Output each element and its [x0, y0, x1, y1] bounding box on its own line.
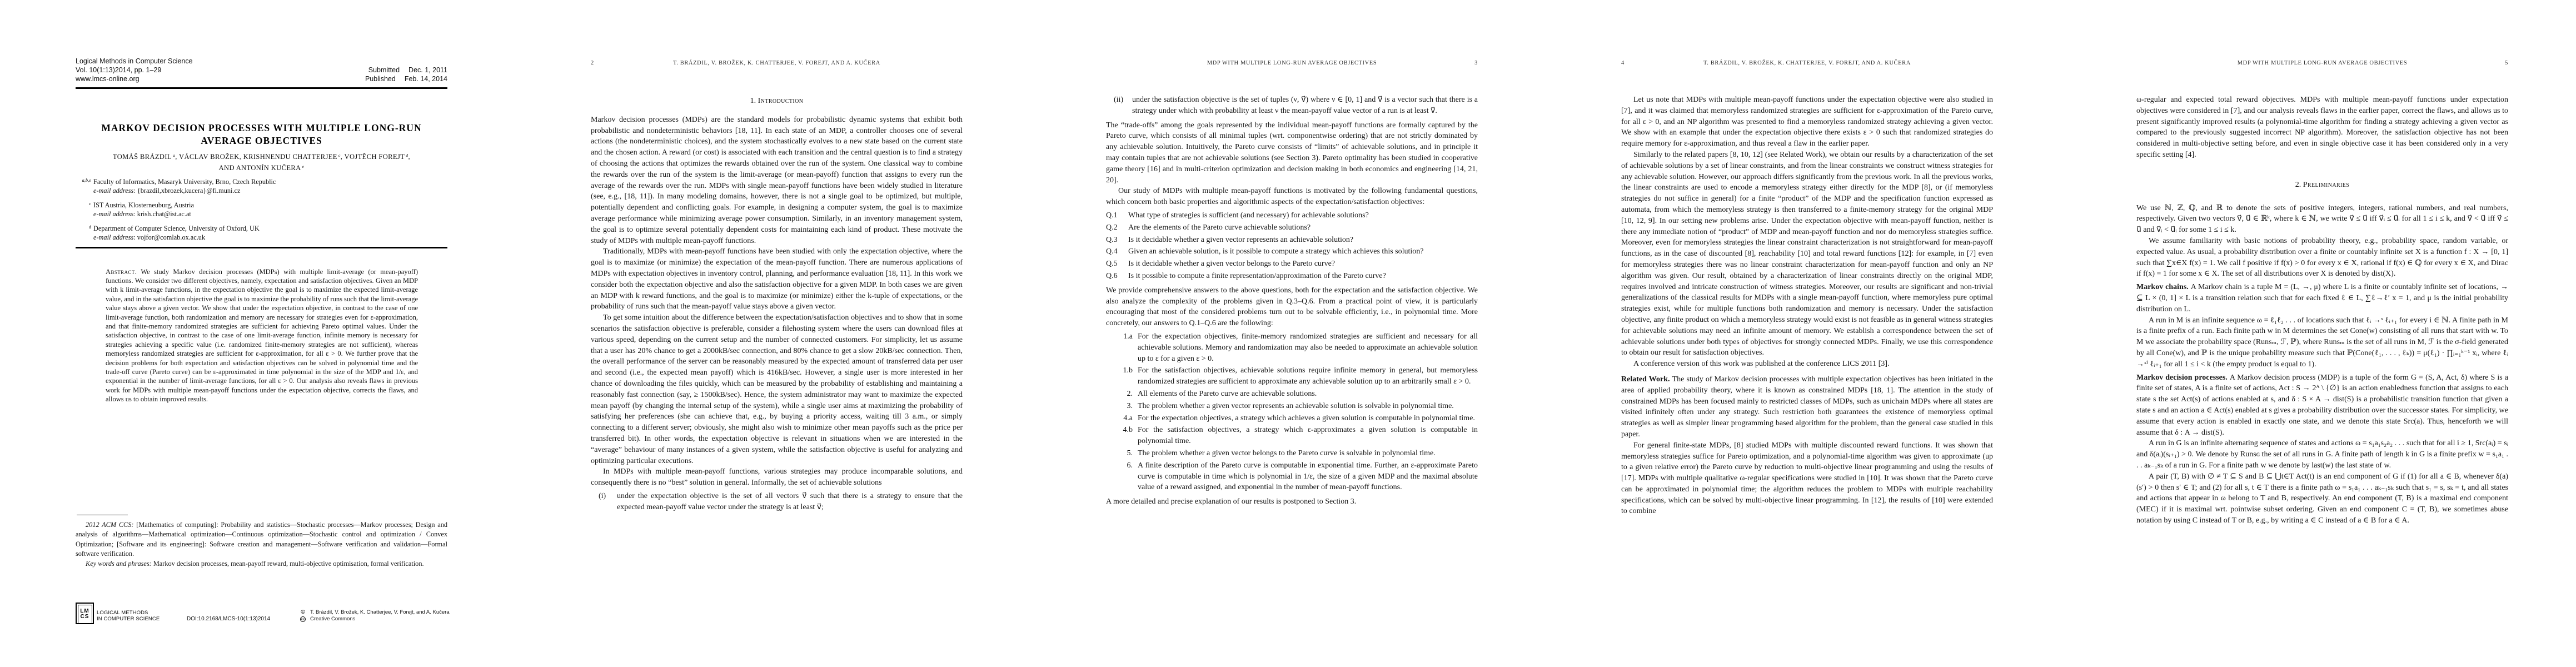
copyright-icon: ©: [300, 610, 306, 615]
copyright-block: © T. Brázdil, V. Brožek, K. Chatterjee, …: [300, 609, 450, 623]
running-header-text: MDP WITH MULTIPLE LONG-RUN AVERAGE OBJEC…: [2136, 60, 2508, 66]
submitted-date: Dec. 1, 2011: [408, 66, 447, 74]
list-item-label: (i): [599, 491, 606, 502]
answer-label: 4.b: [1106, 425, 1133, 436]
section-title: Introduction: [758, 97, 804, 105]
ccs-lead: 2012 ACM CCS:: [86, 521, 136, 529]
affiliation-email-line: e-mail address: krish.chat@ist.ac.at: [93, 210, 447, 219]
answer-list: 1.aFor the expectation objectives, finit…: [1106, 331, 1478, 493]
answer-item: 6.A finite description of the Pareto cur…: [1106, 460, 1478, 493]
authors-line-2: AND ANTONÍN KUČERAe: [76, 162, 447, 173]
abstract-text: We study Markov decision processes (MDPs…: [106, 268, 418, 404]
question-text: Is it possible to compute a finite repre…: [1128, 272, 1386, 280]
answer-label: 1.a: [1106, 331, 1133, 342]
email-label: e-mail address: [93, 187, 133, 195]
markov-chains-text: A Markov chain is a tuple M = (L, →, μ) …: [2136, 283, 2508, 313]
creative-commons-text[interactable]: Creative Commons: [310, 616, 355, 623]
masthead-dates: Submitted Dec. 1, 2011 Published Feb. 14…: [365, 66, 447, 83]
mdp-paragraph: Markov decision processes. A Markov deci…: [2136, 372, 2508, 439]
paragraph: For general finite-state MDPs, [8] studi…: [1621, 440, 1993, 517]
page-body: (ii) under the satisfaction objective is…: [1106, 94, 1478, 507]
paragraph: In MDPs with multiple mean-payoff functi…: [591, 466, 963, 489]
page-number: 2: [591, 60, 594, 66]
email-label: e-mail address: [93, 210, 133, 218]
email-address[interactable]: krish.chat@ist.ac.at: [137, 210, 191, 218]
question-text: Is it decidable whether a given vector b…: [1128, 260, 1335, 268]
page-5: MDP WITH MULTIPLE LONG-RUN AVERAGE OBJEC…: [2061, 0, 2576, 667]
page-number: 4: [1621, 60, 1625, 66]
lmcs-logo-bottom: CS: [81, 614, 89, 620]
paragraph: Markov decision processes (MDPs) are the…: [591, 115, 963, 247]
related-work-paragraph: Related Work. The study of Markov decisi…: [1621, 374, 1993, 440]
page-body: Let us note that MDPs with multiple mean…: [1621, 94, 1993, 517]
running-header: MDP WITH MULTIPLE LONG-RUN AVERAGE OBJEC…: [1106, 60, 1478, 66]
question-label: Q.5: [1106, 258, 1118, 270]
ccs-paragraph: 2012 ACM CCS: [Mathematics of computing]…: [76, 520, 447, 559]
paragraph: A pair (T, B) with ∅ ≠ T ⊆ S and B ⊆ ⋃t∈…: [2136, 471, 2508, 526]
paragraph: A run in G is an infinite alternating se…: [2136, 438, 2508, 471]
question-item: Q.6Is it possible to compute a finite re…: [1106, 271, 1478, 282]
answer-text: For the satisfaction objectives, a strat…: [1138, 426, 1478, 445]
affiliations: a,b,e Faculty of Informatics, Masaryk Un…: [76, 178, 447, 248]
title-line-2: AVERAGE OBJECTIVES: [76, 135, 447, 147]
published-date: Feb. 14, 2014: [405, 74, 447, 83]
masthead-rule: [76, 87, 447, 89]
page-body: ω-regular and expected total reward obje…: [2136, 94, 2508, 526]
affiliation-text: Faculty of Informatics, Masaryk Universi…: [93, 178, 447, 187]
answer-label: 4.a: [1106, 413, 1133, 424]
masthead: Logical Methods in Computer Science Vol.…: [76, 57, 447, 83]
email-label: e-mail address: [93, 233, 133, 241]
paragraph: Traditionally, MDPs with mean-payoff fun…: [591, 246, 963, 312]
answer-label: 5.: [1106, 448, 1133, 459]
page-body: 1. Introduction Markov decision processe…: [591, 94, 963, 512]
affiliation-entry: d Department of Computer Science, Univer…: [76, 225, 447, 242]
answer-text: The problem whether a given vector belon…: [1138, 449, 1436, 457]
page-4: 4 T. BRÁZDIL, V. BROŽEK, K. CHATTERJEE, …: [1546, 0, 2061, 667]
published-label: Published: [365, 74, 396, 83]
running-header: MDP WITH MULTIPLE LONG-RUN AVERAGE OBJEC…: [2136, 60, 2508, 66]
running-header-text: T. BRÁZDIL, V. BROŽEK, K. CHATTERJEE, V.…: [591, 60, 963, 66]
answer-item: 2.All elements of the Pareto curve are a…: [1106, 389, 1478, 400]
lmcs-org-line2: IN COMPUTER SCIENCE: [97, 616, 160, 622]
answer-text: For the expectation objectives, a strate…: [1138, 414, 1475, 422]
email-address[interactable]: {brazdil,xbrozek,kucera}@fi.muni.cz: [137, 187, 241, 195]
page-number: 5: [2505, 60, 2508, 66]
lmcs-logo-icon: LM CS: [76, 603, 94, 624]
question-text: What type of strategies is sufficient (a…: [1128, 211, 1369, 220]
page-3: MDP WITH MULTIPLE LONG-RUN AVERAGE OBJEC…: [1030, 0, 1546, 667]
paragraph: To get some intuition about the differen…: [591, 312, 963, 466]
question-item: Q.5Is it decidable whether a given vecto…: [1106, 258, 1478, 270]
question-text: Is it decidable whether a given vector r…: [1128, 236, 1353, 244]
question-item: Q.1What type of strategies is sufficient…: [1106, 210, 1478, 221]
answer-text: The problem whether a given vector repre…: [1138, 402, 1454, 410]
answer-label: 3.: [1106, 401, 1133, 412]
doi-link[interactable]: DOI:10.2168/LMCS-10(1:13)2014: [187, 616, 270, 622]
question-item: Q.4Given an achievable solution, is it p…: [1106, 246, 1478, 257]
page-1: Logical Methods in Computer Science Vol.…: [0, 0, 515, 667]
paper-spread: Logical Methods in Computer Science Vol.…: [0, 0, 2576, 667]
affiliation-label: a,b,e: [76, 176, 91, 185]
page-number: 3: [1474, 60, 1478, 66]
author-list: TOMÁŠ BRÁZDILa, VÁCLAV BROŽEK, KRISHNEND…: [76, 151, 447, 173]
creative-commons-icon: cc: [300, 616, 306, 622]
lmcs-org-line1: LOGICAL METHODS: [97, 610, 160, 616]
affiliation-text: IST Austria, Klosterneuburg, Austria: [93, 201, 447, 210]
email-address[interactable]: vojfor@comlab.ox.ac.uk: [137, 233, 205, 241]
abstract-label: Abstract.: [106, 268, 137, 276]
answer-text: A finite description of the Pareto curve…: [1138, 461, 1478, 492]
lmcs-org-name: LOGICAL METHODS IN COMPUTER SCIENCE: [97, 610, 160, 622]
footnote-block: 2012 ACM CCS: [Mathematics of computing]…: [76, 520, 447, 569]
affiliation-label: c: [76, 200, 91, 208]
affiliation-rule: [76, 247, 447, 248]
running-header: 4 T. BRÁZDIL, V. BROŽEK, K. CHATTERJEE, …: [1621, 60, 1993, 66]
list-item-text: under the expectation objective is the s…: [617, 492, 963, 511]
paragraph: The “trade-offs” among the goals represe…: [1106, 120, 1478, 186]
paragraph: We use ℕ, ℤ, ℚ, and ℝ to denote the sets…: [2136, 203, 2508, 236]
answer-item: 4.bFor the satisfaction objectives, a st…: [1106, 425, 1478, 447]
paragraph: We provide comprehensive answers to the …: [1106, 285, 1478, 329]
markov-chains-heading: Markov chains.: [2136, 283, 2191, 291]
answer-text: For the satisfaction objectives, achieva…: [1138, 366, 1478, 386]
question-text: Given an achievable solution, is it poss…: [1128, 247, 1424, 256]
question-list: Q.1What type of strategies is sufficient…: [1106, 210, 1478, 282]
answer-label: 6.: [1106, 460, 1133, 471]
authors-line-1: TOMÁŠ BRÁZDILa, VÁCLAV BROŽEK, KRISHNEND…: [76, 151, 447, 162]
affiliation-entry: c IST Austria, Klosterneuburg, Austria e…: [76, 201, 447, 218]
lmcs-logo-top: LM: [80, 609, 89, 614]
section-number: 2.: [2295, 181, 2301, 189]
question-item: Q.3Is it decidable whether a given vecto…: [1106, 235, 1478, 246]
affiliation-entry: a,b,e Faculty of Informatics, Masaryk Un…: [76, 178, 447, 195]
answer-text: All elements of the Pareto curve are ach…: [1138, 390, 1317, 398]
list-item-label: (ii): [1114, 94, 1123, 106]
section-title: Preliminaries: [2303, 181, 2350, 189]
question-item: Q.2Are the elements of the Pareto curve …: [1106, 222, 1478, 233]
list-item: (ii) under the satisfaction objective is…: [1106, 94, 1478, 117]
related-work-heading: Related Work.: [1621, 375, 1672, 384]
answer-item: 1.bFor the satisfaction objectives, achi…: [1106, 365, 1478, 387]
answer-item: 4.aFor the expectation objectives, a str…: [1106, 413, 1478, 424]
paragraph: A conference version of this work was pu…: [1621, 359, 1993, 370]
question-label: Q.4: [1106, 246, 1118, 257]
running-header: 2 T. BRÁZDIL, V. BROŽEK, K. CHATTERJEE, …: [591, 60, 963, 66]
answer-label: 1.b: [1106, 365, 1133, 376]
answer-item: 1.aFor the expectation objectives, finit…: [1106, 331, 1478, 364]
page-2: 2 T. BRÁZDIL, V. BROŽEK, K. CHATTERJEE, …: [515, 0, 1030, 667]
affiliation-email-line: e-mail address: vojfor@comlab.ox.ac.uk: [93, 233, 447, 242]
question-text: Are the elements of the Pareto curve ach…: [1128, 223, 1311, 232]
section-heading-preliminaries: 2. Preliminaries: [2136, 180, 2508, 191]
paragraph: We assume familiarity with basic notions…: [2136, 236, 2508, 280]
keywords-paragraph: Key words and phrases: Markov decision p…: [76, 559, 447, 569]
list-item: (i) under the expectation objective is t…: [591, 491, 963, 513]
question-label: Q.6: [1106, 271, 1118, 282]
answer-item: 3.The problem whether a given vector rep…: [1106, 401, 1478, 412]
footnote-rule: [77, 515, 128, 515]
paper-title: MARKOV DECISION PROCESSES WITH MULTIPLE …: [76, 122, 447, 147]
paragraph: ω-regular and expected total reward obje…: [2136, 94, 2508, 161]
related-work-text: The study of Markov decision processes w…: [1621, 375, 1993, 439]
question-label: Q.1: [1106, 210, 1118, 221]
question-label: Q.2: [1106, 222, 1118, 233]
copyright-text: T. Brázdil, V. Brožek, K. Chatterjee, V.…: [310, 609, 450, 616]
question-label: Q.3: [1106, 235, 1118, 246]
keywords-lead: Key words and phrases:: [86, 560, 153, 568]
abstract: Abstract. We study Markov decision proce…: [106, 267, 418, 404]
masthead-journal: Logical Methods in Computer Science: [76, 57, 447, 66]
paragraph: Our study of MDPs with multiple mean-pay…: [1106, 186, 1478, 208]
keywords-text: Markov decision processes, mean-payoff r…: [153, 560, 424, 568]
affiliation-text: Department of Computer Science, Universi…: [93, 225, 447, 233]
affiliation-email-line: e-mail address: {brazdil,xbrozek,kucera}…: [93, 187, 447, 196]
answer-text: For the expectation objectives, finite-m…: [1138, 332, 1478, 363]
running-header-text: MDP WITH MULTIPLE LONG-RUN AVERAGE OBJEC…: [1106, 60, 1478, 66]
paragraph: Let us note that MDPs with multiple mean…: [1621, 94, 1993, 150]
paragraph: A run in M is an infinite sequence ω = ℓ…: [2136, 315, 2508, 370]
mdp-text: A Markov decision process (MDP) is a tup…: [2136, 374, 2508, 437]
affiliation-label: d: [76, 223, 91, 232]
answer-label: 2.: [1106, 389, 1133, 400]
title-line-1: MARKOV DECISION PROCESSES WITH MULTIPLE …: [76, 122, 447, 135]
paragraph: A more detailed and precise explanation …: [1106, 496, 1478, 507]
answer-item: 5.The problem whether a given vector bel…: [1106, 448, 1478, 459]
section-heading-introduction: 1. Introduction: [591, 96, 963, 107]
submitted-label: Submitted: [368, 66, 400, 74]
list-item-text: under the satisfaction objective is the …: [1132, 96, 1478, 115]
section-number: 1.: [750, 97, 756, 105]
paragraph: Similarly to the related papers [8, 10, …: [1621, 150, 1993, 359]
markov-chains-paragraph: Markov chains. A Markov chain is a tuple…: [2136, 282, 2508, 315]
mdp-heading: Markov decision processes.: [2136, 374, 2230, 382]
running-header-text: T. BRÁZDIL, V. BROŽEK, K. CHATTERJEE, V.…: [1621, 60, 1993, 66]
